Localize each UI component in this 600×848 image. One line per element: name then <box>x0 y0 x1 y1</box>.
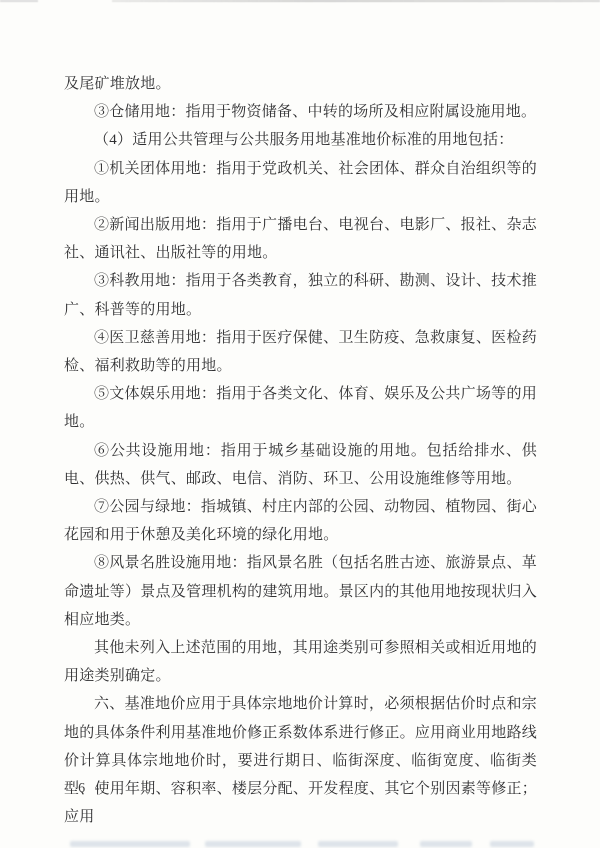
scan-artifact-segment <box>490 841 534 847</box>
scan-artifact-segment <box>318 841 398 847</box>
scan-artifact-top-left <box>0 0 38 2</box>
paragraph-other-land: 其他未列入上述范围的用地，其用途类别可参照相关或相近用地的用途类别确定。 <box>64 634 537 690</box>
paragraph-medical-charity-land: ④医卫慈善用地：指用于医疗保健、卫生防疫、急救康复、医检药检、福利救助等的用地。 <box>64 324 537 380</box>
paragraph-section-six: 六、基准地价应用于具体宗地地价计算时，必须根据估价时点和宗地的具体条件利用基准地… <box>64 690 537 831</box>
paragraph-warehouse-land: ③仓储用地：指用于物资储备、中转的场所及相应附属设施用地。 <box>64 98 537 126</box>
document-body: 及尾矿堆放地。 ③仓储用地：指用于物资储备、中转的场所及相应附属设施用地。 （4… <box>64 70 537 831</box>
scan-artifact-segment <box>70 841 190 847</box>
document-page: 及尾矿堆放地。 ③仓储用地：指用于物资储备、中转的场所及相应附属设施用地。 （4… <box>0 0 600 848</box>
paragraph-park-green-land: ⑦公园与绿地：指城镇、村庄内部的公园、动物园、植物园、街心花园和用于休憩及美化环… <box>64 493 537 549</box>
paragraph-public-service-intro: （4）适用公共管理与公共服务用地基准地价标准的用地包括： <box>64 126 537 154</box>
paragraph-science-education-land: ③科教用地：指用于各类教育，独立的科研、勘测、设计、技术推广、科普等的用地。 <box>64 267 537 323</box>
paragraph-government-org-land: ①机关团体用地：指用于党政机关、社会团体、群众自治组织等的用地。 <box>64 155 537 211</box>
scan-artifact-segment <box>205 841 301 847</box>
scan-artifact-top-line <box>112 0 600 2</box>
scan-artifact-bottom-band <box>0 839 600 847</box>
paragraph-culture-sports-land: ⑤文体娱乐用地：指用于各类文化、体育、娱乐及公共广场等的用地。 <box>64 380 537 436</box>
paragraph-press-publishing-land: ②新闻出版用地：指用于广播电台、电视台、电影厂、报社、杂志社、通讯社、出版社等的… <box>64 211 537 267</box>
paragraph-public-facilities-land: ⑥公共设施用地：指用于城乡基础设施的用地。包括给排水、供电、供热、供气、邮政、电… <box>64 437 537 493</box>
paragraph-scenic-spot-land: ⑧风景名胜设施用地：指风景名胜（包括名胜古迹、旅游景点、革命遗址等）景点及管理机… <box>64 549 537 634</box>
page-number: - 6 - <box>64 781 102 797</box>
paragraph-continuation: 及尾矿堆放地。 <box>64 70 537 98</box>
scan-artifact-segment <box>420 841 472 847</box>
